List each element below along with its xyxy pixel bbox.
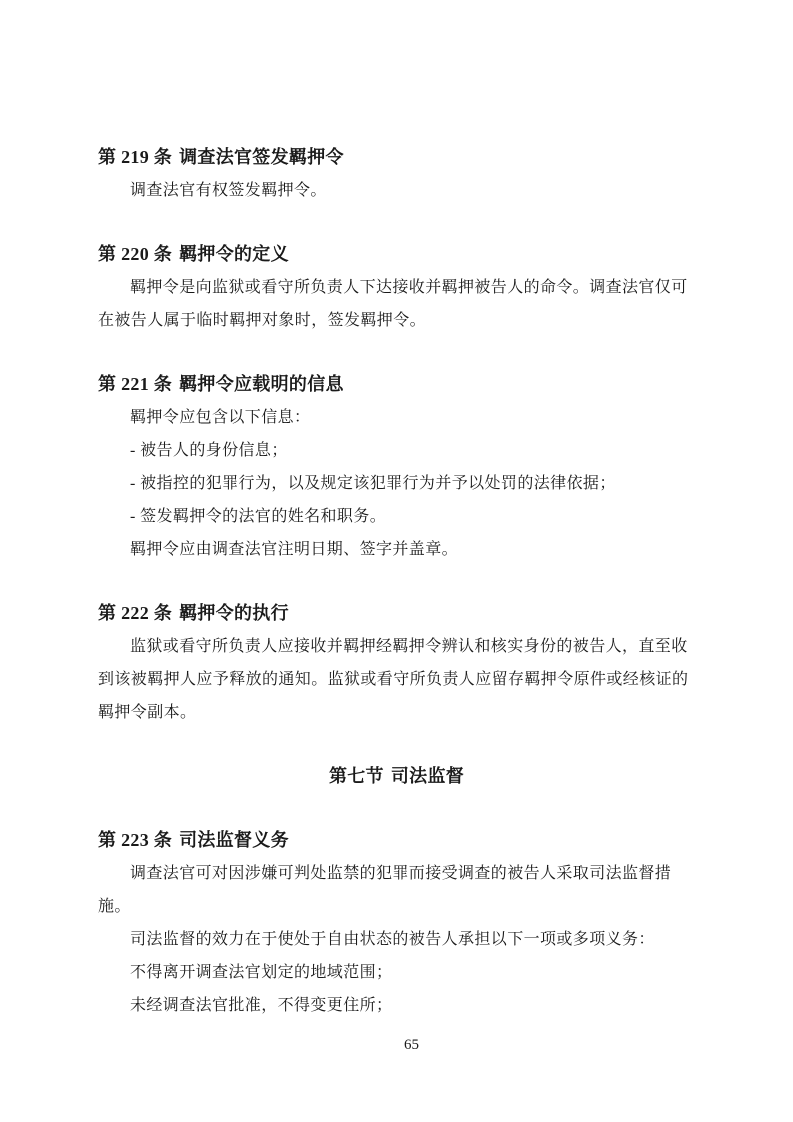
- article-number: 第 220 条: [98, 244, 172, 264]
- article-number: 第 222 条: [98, 603, 172, 623]
- body-paragraph: 司法监督的效力在于使处于自由状态的被告人承担以下一项或多项义务：: [98, 923, 695, 956]
- document-page: 第 219 条调查法官签发羁押令 调查法官有权签发羁押令。 第 220 条羁押令…: [0, 0, 793, 1122]
- article-block: 第 221 条羁押令应载明的信息 羁押令应包含以下信息：- 被告人的身份信息；-…: [98, 368, 695, 566]
- list-item-paragraph: - 被告人的身份信息；: [98, 434, 695, 467]
- article-number: 第 219 条: [98, 147, 172, 167]
- body-paragraph: 羁押令是向监狱或看守所负责人下达接收并羁押被告人的命令。调查法官仅可在被告人属于…: [98, 271, 695, 337]
- article-heading: 第 220 条羁押令的定义: [98, 238, 695, 271]
- section-number: 第七节: [329, 766, 384, 786]
- article-block: 第 223 条司法监督义务 调查法官可对因涉嫌可判处监禁的犯罪而接受调查的被告人…: [98, 824, 695, 1022]
- body-paragraph: 调查法官可对因涉嫌可判处监禁的犯罪而接受调查的被告人采取司法监督措施。: [98, 857, 695, 923]
- section-heading: 第七节司法监督: [98, 760, 695, 793]
- article-heading: 第 221 条羁押令应载明的信息: [98, 368, 695, 401]
- document-body: 第 219 条调查法官签发羁押令 调查法官有权签发羁押令。 第 220 条羁押令…: [98, 141, 695, 1022]
- section-title: 司法监督: [391, 766, 464, 786]
- body-paragraph: 不得离开调查法官划定的地域范围；: [98, 956, 695, 989]
- article-block: 第 219 条调查法官签发羁押令 调查法官有权签发羁押令。: [98, 141, 695, 207]
- article-title: 羁押令应载明的信息: [179, 374, 344, 394]
- body-paragraph: 羁押令应包含以下信息：: [98, 401, 695, 434]
- article-heading: 第 219 条调查法官签发羁押令: [98, 141, 695, 174]
- list-item-paragraph: - 签发羁押令的法官的姓名和职务。: [98, 500, 695, 533]
- article-number: 第 221 条: [98, 374, 172, 394]
- article-title: 羁押令的执行: [179, 603, 289, 623]
- body-paragraph: 未经调查法官批准，不得变更住所；: [98, 989, 695, 1022]
- article-number: 第 223 条: [98, 830, 172, 850]
- article-title: 羁押令的定义: [179, 244, 289, 264]
- list-item-paragraph: - 被指控的犯罪行为，以及规定该犯罪行为并予以处罚的法律依据；: [98, 467, 695, 500]
- article-heading: 第 222 条羁押令的执行: [98, 597, 695, 630]
- body-paragraph: 调查法官有权签发羁押令。: [98, 174, 695, 207]
- article-title: 调查法官签发羁押令: [179, 147, 344, 167]
- article-heading: 第 223 条司法监督义务: [98, 824, 695, 857]
- body-paragraph: 羁押令应由调查法官注明日期、签字并盖章。: [98, 533, 695, 566]
- article-block: 第 220 条羁押令的定义 羁押令是向监狱或看守所负责人下达接收并羁押被告人的命…: [98, 238, 695, 337]
- body-paragraph: 监狱或看守所负责人应接收并羁押经羁押令辨认和核实身份的被告人，直至收到该被羁押人…: [98, 630, 695, 729]
- article-block: 第 222 条羁押令的执行 监狱或看守所负责人应接收并羁押经羁押令辨认和核实身份…: [98, 597, 695, 729]
- article-title: 司法监督义务: [179, 830, 289, 850]
- page-number: 65: [404, 1036, 419, 1054]
